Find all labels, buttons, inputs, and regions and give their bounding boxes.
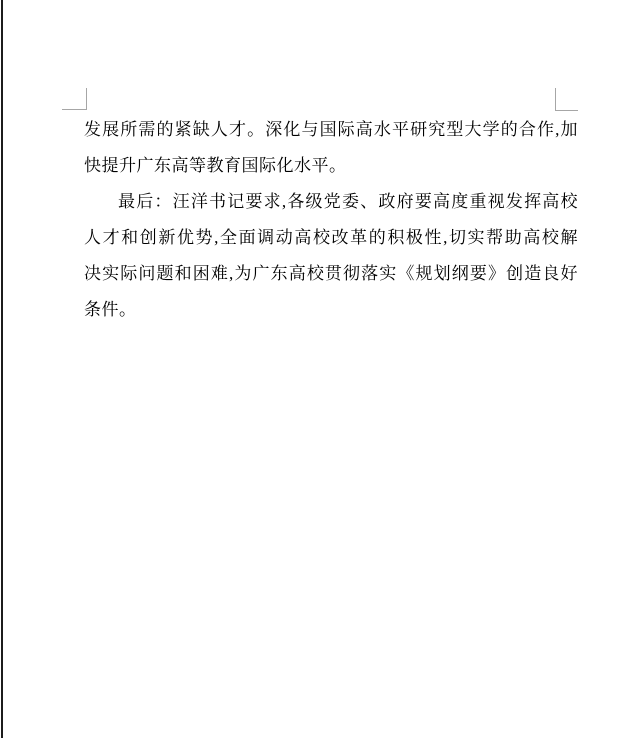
text-line-6: 条件。 xyxy=(84,292,578,328)
text-line-4: 人才和创新优势,全面调动高校改革的积极性,切实帮助高校解 xyxy=(84,220,578,256)
text-boundary-mark-right-vertical xyxy=(555,88,556,111)
text-boundary-mark-right-horizontal xyxy=(555,110,578,111)
text-boundary-mark-left-vertical xyxy=(86,88,87,110)
text-line-3: 最后：汪洋书记要求,各级党委、政府要高度重视发挥高校 xyxy=(84,184,578,220)
page-left-edge-line xyxy=(1,0,3,738)
document-page: 发展所需的紧缺人才。深化与国际高水平研究型大学的合作,加 快提升广东高等教育国际… xyxy=(0,0,635,738)
text-line-1: 发展所需的紧缺人才。深化与国际高水平研究型大学的合作,加 xyxy=(84,112,578,148)
text-boundary-mark-left-horizontal xyxy=(62,109,87,110)
document-body-text: 发展所需的紧缺人才。深化与国际高水平研究型大学的合作,加 快提升广东高等教育国际… xyxy=(84,112,578,328)
text-line-5: 决实际问题和困难,为广东高校贯彻落实《规划纲要》创造良好 xyxy=(84,256,578,292)
text-line-2: 快提升广东高等教育国际化水平。 xyxy=(84,148,578,184)
